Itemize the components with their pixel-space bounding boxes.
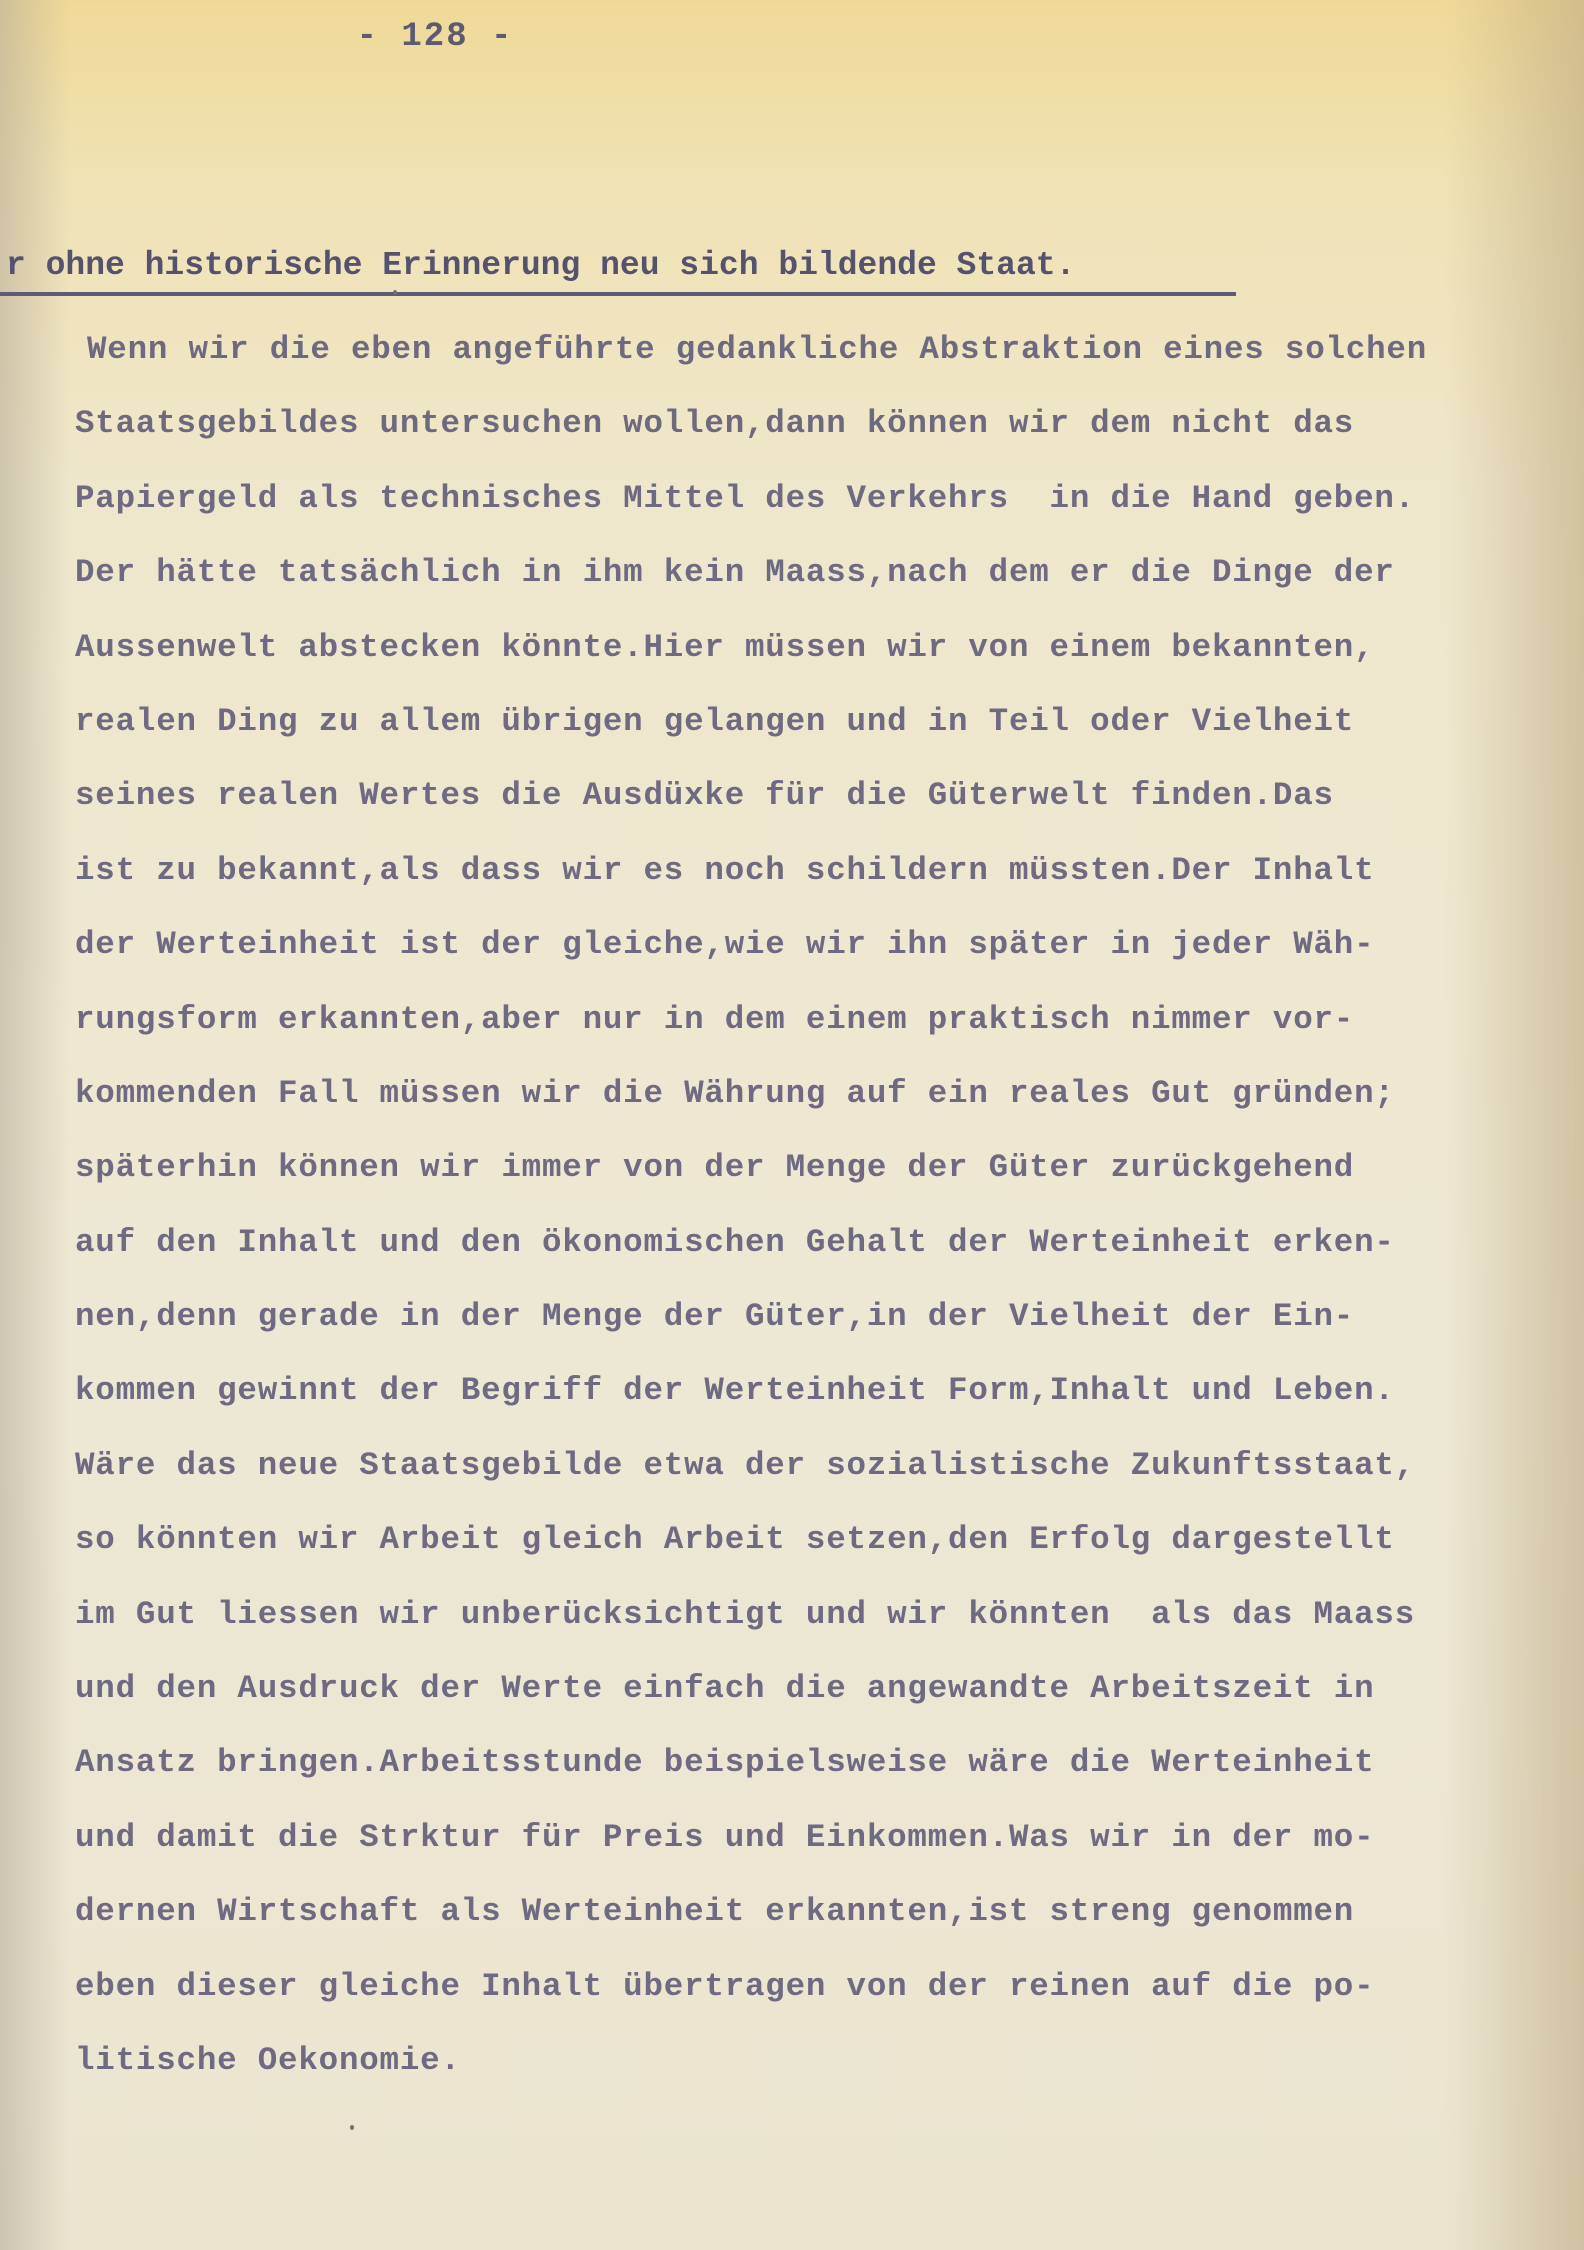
underlined-heading: r ohne historische Erinnerung neu sich b… bbox=[0, 240, 1236, 296]
text-line: eben dieser gleiche Inhalt übertragen vo… bbox=[75, 1950, 1575, 2024]
text-line: nen,denn gerade in der Menge der Güter,i… bbox=[75, 1280, 1575, 1354]
text-line: der Werteinheit ist der gleiche,wie wir … bbox=[75, 908, 1575, 982]
text-line: Aussenwelt abstecken könnte.Hier müssen … bbox=[75, 611, 1575, 685]
text-line: kommenden Fall müssen wir die Währung au… bbox=[75, 1057, 1575, 1131]
text-line: litische Oekonomie. bbox=[75, 2024, 1575, 2098]
page-number: - 128 - bbox=[320, 18, 550, 56]
text-line: Wenn wir die eben angeführte gedankliche… bbox=[75, 313, 1575, 387]
text-line: kommen gewinnt der Begriff der Werteinhe… bbox=[75, 1354, 1575, 1428]
text-line: Wäre das neue Staatsgebilde etwa der soz… bbox=[75, 1429, 1575, 1503]
text-line: und den Ausdruck der Werte einfach die a… bbox=[75, 1652, 1575, 1726]
text-line: Papiergeld als technisches Mittel des Ve… bbox=[75, 462, 1575, 536]
body-text: Wenn wir die eben angeführte gedankliche… bbox=[75, 313, 1575, 2098]
text-line: und damit die Strktur für Preis und Eink… bbox=[75, 1801, 1575, 1875]
text-line: späterhin können wir immer von der Menge… bbox=[75, 1131, 1575, 1205]
text-line: rungsform erkannten,aber nur in dem eine… bbox=[75, 983, 1575, 1057]
text-line: so könnten wir Arbeit gleich Arbeit setz… bbox=[75, 1503, 1575, 1577]
text-line: dernen Wirtschaft als Werteinheit erkann… bbox=[75, 1875, 1575, 1949]
page-shadow-left bbox=[0, 0, 70, 2250]
text-line: auf den Inhalt und den ökonomischen Geha… bbox=[75, 1206, 1575, 1280]
text-line: ist zu bekannt,als dass wir es noch schi… bbox=[75, 834, 1575, 908]
text-line: realen Ding zu allem übrigen gelangen un… bbox=[75, 685, 1575, 759]
text-line: Ansatz bringen.Arbeitsstunde beispielswe… bbox=[75, 1726, 1575, 1800]
text-line: seines realen Wertes die Ausdüxke für di… bbox=[75, 759, 1575, 833]
ink-speck bbox=[350, 2125, 354, 2130]
text-line: Staatsgebildes untersuchen wollen,dann k… bbox=[75, 387, 1575, 461]
ink-speck bbox=[393, 290, 397, 295]
text-line: Der hätte tatsächlich in ihm kein Maass,… bbox=[75, 536, 1575, 610]
text-line: im Gut liessen wir unberücksichtigt und … bbox=[75, 1578, 1575, 1652]
